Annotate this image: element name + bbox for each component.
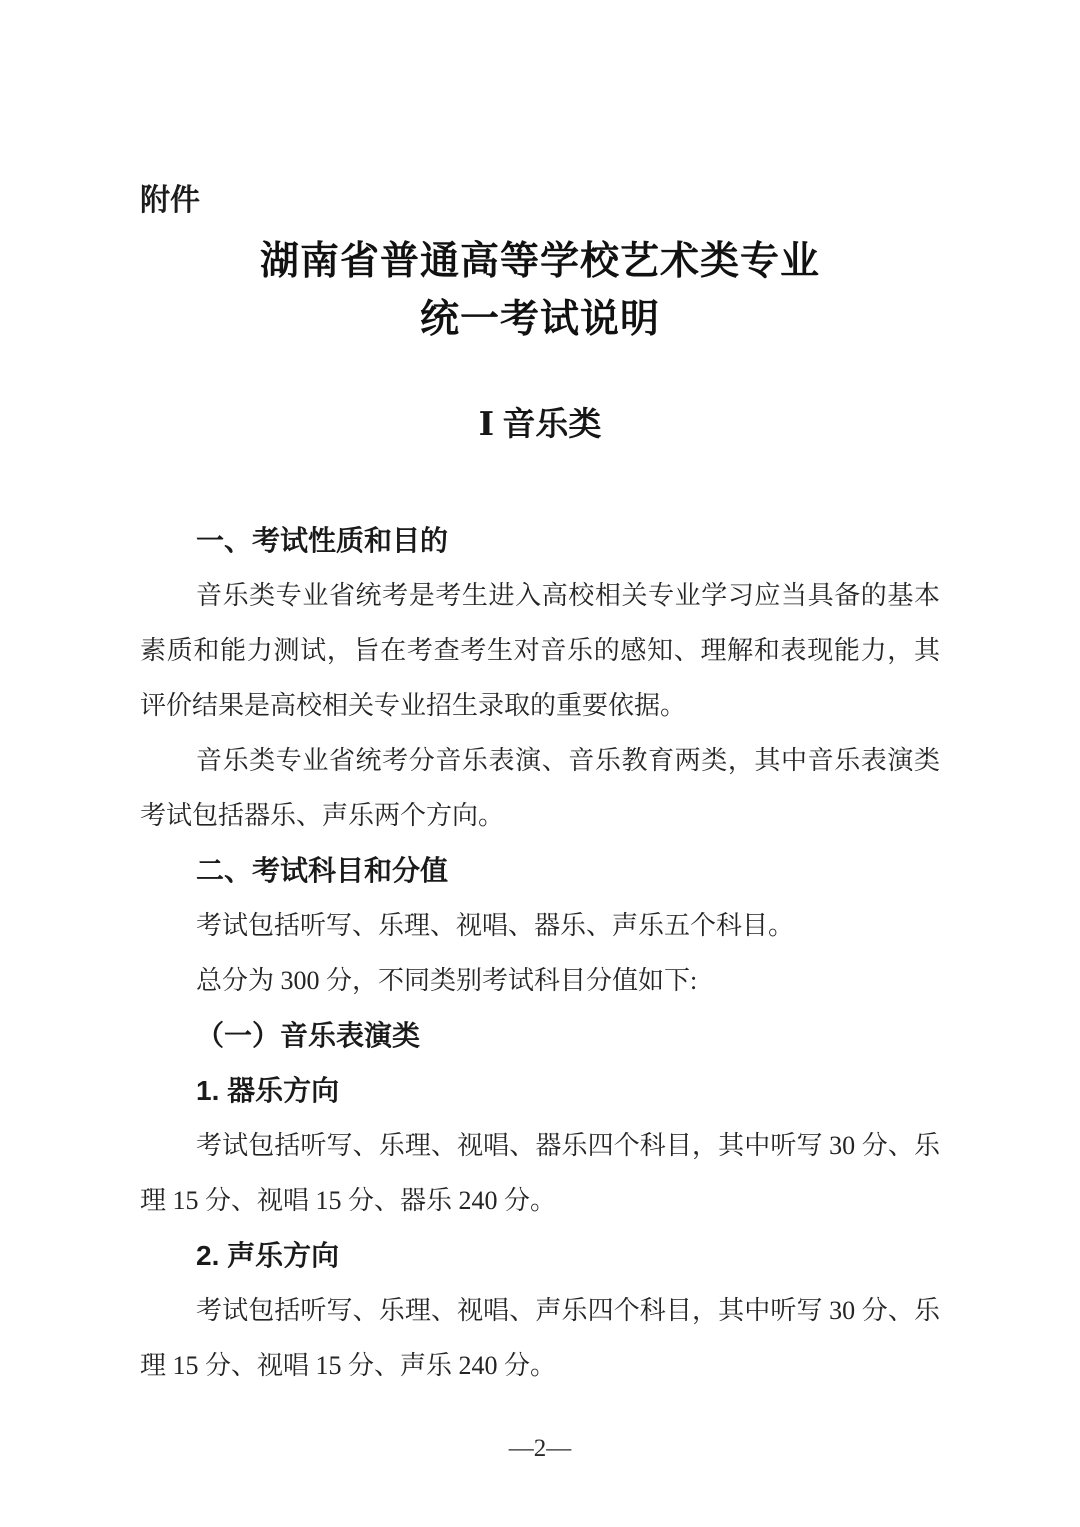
section-2-line-1: 考试包括听写、乐理、视唱、器乐、声乐五个科目。 <box>140 898 940 953</box>
document-title: 湖南省普通高等学校艺术类专业 统一考试说明 <box>140 233 940 349</box>
category-heading-music: Ⅰ 音乐类 <box>140 403 940 447</box>
subsection-1-heading: （一）音乐表演类 <box>140 1008 940 1063</box>
document-title-line-1: 湖南省普通高等学校艺术类专业 <box>140 233 940 291</box>
item-2-paragraph-line-1: 考试包括听写、乐理、视唱、声乐四个科目，其中听写 30 分、乐 <box>140 1283 940 1338</box>
section-1-heading: 一、考试性质和目的 <box>140 513 940 568</box>
item-1-paragraph-line-2: 理 15 分、视唱 15 分、器乐 240 分。 <box>140 1173 940 1228</box>
section-1-paragraph-2-line-1: 音乐类专业省统考分音乐表演、音乐教育两类，其中音乐表演类 <box>140 733 940 788</box>
document-page: 附件 湖南省普通高等学校艺术类专业 统一考试说明 Ⅰ 音乐类 一、考试性质和目的… <box>0 0 1080 1527</box>
section-2-line-2: 总分为 300 分，不同类别考试科目分值如下: <box>140 953 940 1008</box>
item-2-paragraph-line-2: 理 15 分、视唱 15 分、声乐 240 分。 <box>140 1338 940 1393</box>
section-1-paragraph-2-line-2: 考试包括器乐、声乐两个方向。 <box>140 788 940 843</box>
item-1-paragraph-line-1: 考试包括听写、乐理、视唱、器乐四个科目，其中听写 30 分、乐 <box>140 1118 940 1173</box>
document-title-line-2: 统一考试说明 <box>140 291 940 349</box>
section-2-heading: 二、考试科目和分值 <box>140 843 940 898</box>
item-2-heading: 2. 声乐方向 <box>140 1228 940 1283</box>
document-body-column: 附件 湖南省普通高等学校艺术类专业 统一考试说明 Ⅰ 音乐类 一、考试性质和目的… <box>140 0 940 1465</box>
attachment-label: 附件 <box>140 0 940 219</box>
section-1-paragraph-1-line-2: 素质和能力测试，旨在考查考生对音乐的感知、理解和表现能力，其 <box>140 623 940 678</box>
document-content: 一、考试性质和目的 音乐类专业省统考是考生进入高校相关专业学习应当具备的基本 素… <box>140 513 940 1393</box>
section-1-paragraph-1-line-1: 音乐类专业省统考是考生进入高校相关专业学习应当具备的基本 <box>140 568 940 623</box>
section-1-paragraph-1-line-3: 评价结果是高校相关专业招生录取的重要依据。 <box>140 678 940 733</box>
item-1-heading: 1. 器乐方向 <box>140 1063 940 1118</box>
page-number: —2— <box>140 1433 940 1465</box>
